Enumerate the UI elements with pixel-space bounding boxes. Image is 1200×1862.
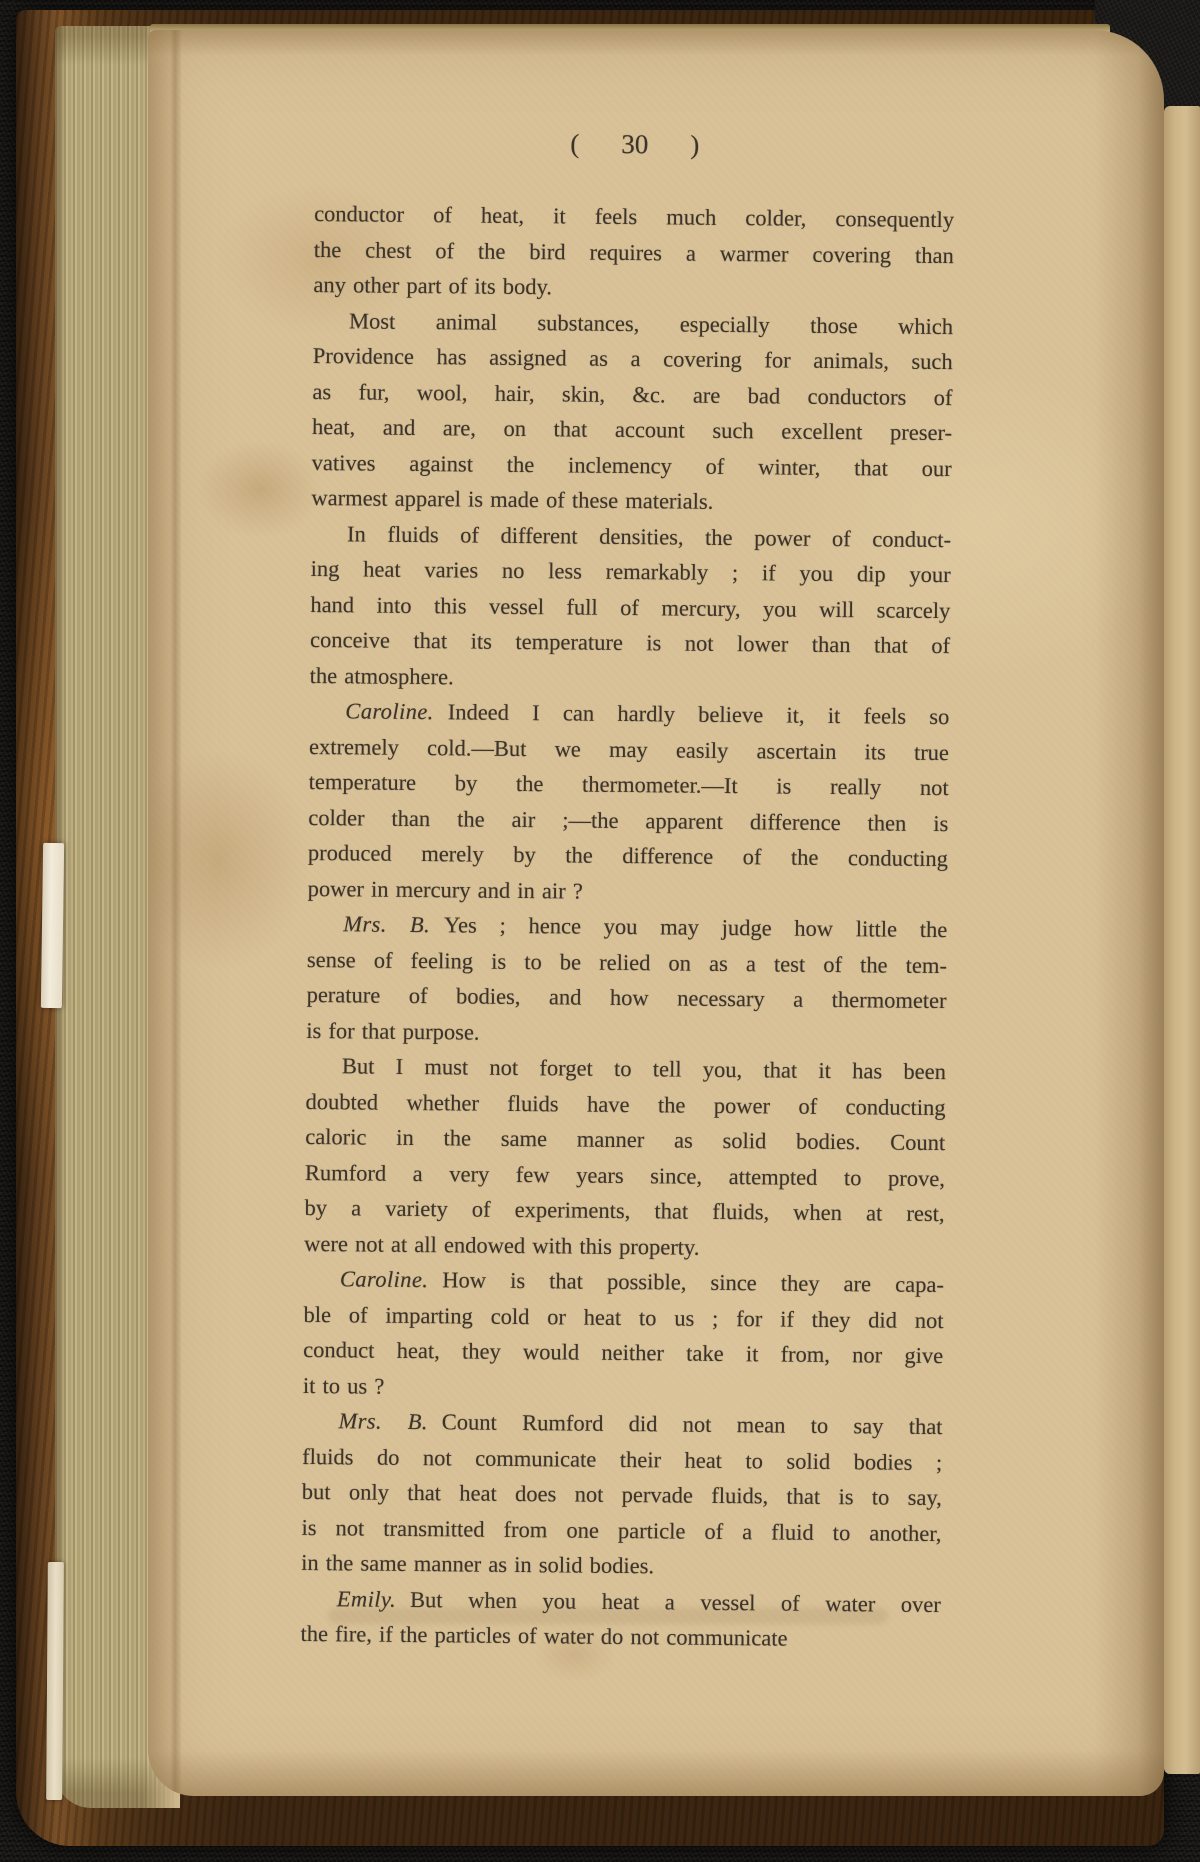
text-line: vatives against the inclemency of winter… — [312, 444, 952, 486]
text-line: conceive that its temperature is not low… — [310, 622, 950, 664]
paragraph: conductor of heat, it feels much colder,… — [313, 196, 954, 309]
text-line: sense of feeling is to be relied on as a… — [307, 941, 947, 983]
text-line: doubted whether fluids have the power of… — [305, 1083, 945, 1125]
text-line: Rumford a very few years since, attempte… — [305, 1154, 945, 1196]
text-line: as fur, wool, hair, skin, &c. are bad co… — [312, 373, 952, 415]
text-line: is not transmitted from one particle of … — [301, 1509, 941, 1551]
text-line: the atmosphere. — [310, 657, 950, 699]
page-number: ( 30 ) — [315, 124, 955, 164]
speaker-name: Emily. — [337, 1586, 397, 1612]
text-line: conductor of heat, it feels much colder,… — [314, 196, 954, 238]
paper-slip — [41, 843, 64, 1008]
text-line: Caroline.How is that possible, since the… — [304, 1261, 944, 1303]
text-line: But I must not forget to tell you, that … — [306, 1048, 946, 1090]
text-line: Most animal substances, especially those… — [313, 302, 953, 344]
page-text: conductor of heat, it feels much colder,… — [300, 196, 954, 1658]
text-line: in the same manner as in solid bodies. — [301, 1545, 941, 1587]
speaker-name: Caroline. — [345, 698, 434, 724]
speaker-name: Mrs. B. — [338, 1408, 428, 1434]
text-line: extremely cold.—But we may easily ascert… — [309, 728, 949, 770]
speaker-name: Mrs. B. — [343, 911, 430, 937]
text-line: ing heat varies no less remarkably ; if … — [311, 551, 951, 593]
text-line: Mrs. B.Count Rumford did not mean to say… — [302, 1403, 942, 1445]
text-line: Mrs. B.Yes ; hence you may judge how lit… — [307, 906, 947, 948]
text-line: the chest of the bird requires a warmer … — [314, 231, 954, 273]
paragraph: Mrs. B.Count Rumford did not mean to say… — [301, 1403, 943, 1587]
text-line: ble of imparting cold or heat to us ; fo… — [303, 1296, 943, 1338]
printed-text: ( 30 ) conductor of heat, it feels much … — [300, 124, 955, 1658]
paragraph: Mrs. B.Yes ; hence you may judge how lit… — [306, 906, 947, 1054]
speaker-name: Caroline. — [340, 1266, 429, 1292]
text-line: fluids do not communicate their heat to … — [302, 1438, 942, 1480]
text-line: colder than the air ;—the apparent diffe… — [308, 799, 948, 841]
text-line: In fluids of different densities, the po… — [311, 515, 951, 557]
paragraph: But I must not forget to tell you, that … — [304, 1048, 946, 1267]
adjacent-page-edge — [1164, 106, 1200, 1774]
book-photo: ( 30 ) conductor of heat, it feels much … — [0, 0, 1200, 1862]
text-line: conduct heat, they would neither take it… — [303, 1332, 943, 1374]
paragraph: Emily.But when you heat a vessel of wate… — [300, 1580, 941, 1657]
paragraph: Caroline.Indeed I can hardly believe it,… — [307, 693, 949, 912]
text-line: temperature by the thermometer.—It is re… — [309, 764, 949, 806]
paragraph: In fluids of different densities, the po… — [310, 515, 952, 699]
text-line: hand into this vessel full of mercury, y… — [310, 586, 950, 628]
page-number-open-paren: ( — [570, 126, 579, 160]
text-line: produced merely by the difference of the… — [308, 835, 948, 877]
text-line: power in mercury and in air ? — [307, 870, 947, 912]
text-line: it to us ? — [303, 1367, 943, 1409]
paper-slip-lower — [46, 1562, 64, 1800]
text-line: is for that purpose. — [306, 1012, 946, 1054]
paragraph: Most animal substances, especially those… — [311, 302, 953, 521]
paragraph: Caroline.How is that possible, since the… — [303, 1261, 944, 1409]
text-line: any other part of its body. — [313, 267, 953, 309]
text-line: caloric in the same manner as solid bodi… — [305, 1119, 945, 1161]
text-line: Emily.But when you heat a vessel of wate… — [301, 1580, 941, 1622]
page-number-close-paren: ) — [690, 128, 699, 162]
text-line: the fire, if the particles of water do n… — [300, 1616, 940, 1658]
text-line: Providence has assigned as a covering fo… — [313, 338, 953, 380]
page-number-value: 30 — [621, 127, 648, 161]
text-line: but only that heat does not pervade flui… — [302, 1474, 942, 1516]
text-line: warmest apparel is made of these materia… — [311, 480, 951, 522]
text-line: perature of bodies, and how necessary a … — [306, 977, 946, 1019]
text-line: Caroline.Indeed I can hardly believe it,… — [309, 693, 949, 735]
text-line: heat, and are, on that account such exce… — [312, 409, 952, 451]
text-line: by a variety of experiments, that fluids… — [304, 1190, 944, 1232]
book-page: ( 30 ) conductor of heat, it feels much … — [148, 30, 1164, 1796]
text-line: were not at all endowed with this proper… — [304, 1225, 944, 1267]
